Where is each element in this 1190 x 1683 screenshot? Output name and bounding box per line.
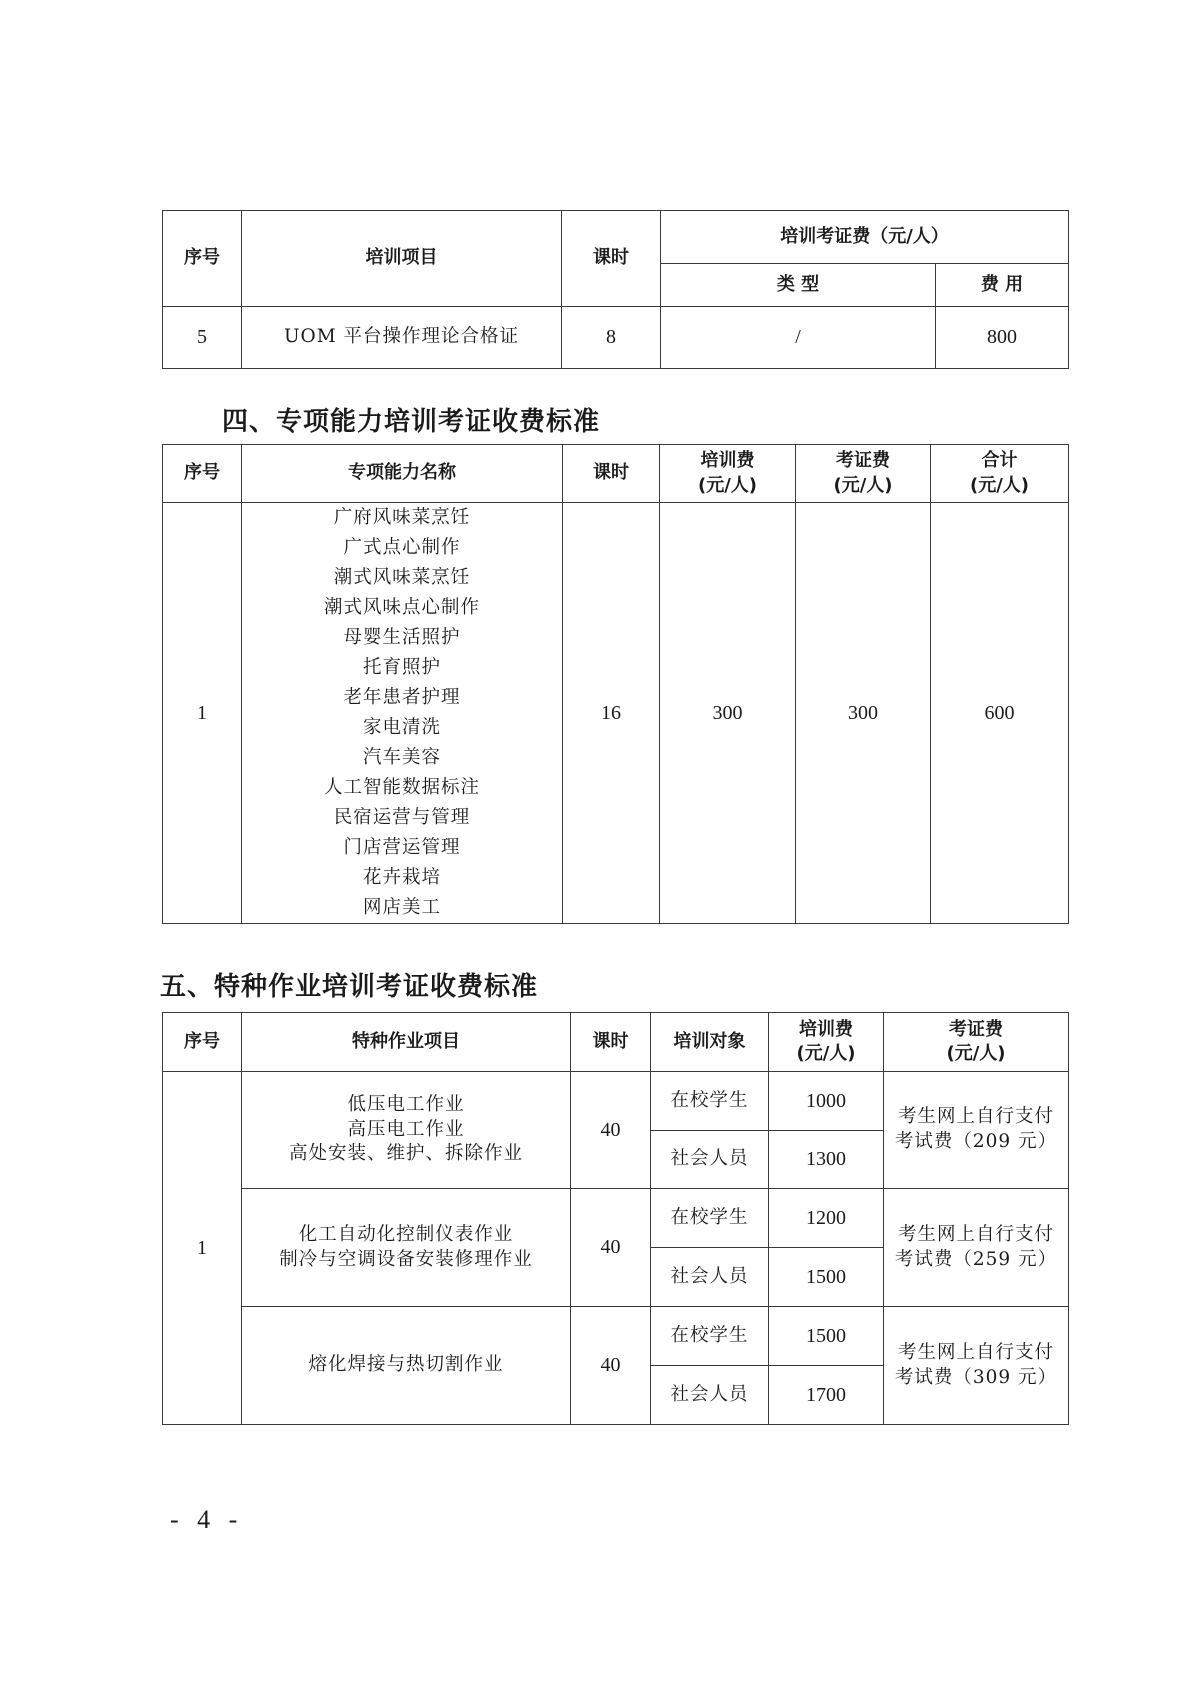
cell-target: 社会人员 bbox=[651, 1366, 769, 1425]
header-seq: 序号 bbox=[163, 211, 242, 307]
operation-item: 高处安装、维护、拆除作业 bbox=[242, 1142, 570, 1167]
header-total-unit: (元/人) bbox=[931, 474, 1068, 498]
table-row: 5 UOM 平台操作理论合格证 8 / 800 bbox=[163, 307, 1069, 369]
specialty-name: 汽车美容 bbox=[242, 743, 562, 773]
header-cert-fee-unit: (元/人) bbox=[796, 474, 930, 498]
cell-items: 化工自动化控制仪表作业 制冷与空调设备安装修理作业 bbox=[242, 1189, 571, 1307]
cell-target: 社会人员 bbox=[651, 1131, 769, 1189]
specialty-name: 民宿运营与管理 bbox=[242, 803, 562, 833]
table-row: 1 广府风味菜烹饪 广式点心制作 潮式风味菜烹饪 潮式风味点心制作 母婴生活照护… bbox=[163, 503, 1069, 924]
cell-target: 在校学生 bbox=[651, 1189, 769, 1248]
cell-items: 低压电工作业 高压电工作业 高处安装、维护、拆除作业 bbox=[242, 1072, 571, 1189]
specialty-name: 家电清洗 bbox=[242, 713, 562, 743]
specialty-name: 老年患者护理 bbox=[242, 683, 562, 713]
cell-training-fee: 1300 bbox=[769, 1131, 884, 1189]
header-type: 类 型 bbox=[661, 264, 936, 307]
header-fee: 费 用 bbox=[936, 264, 1069, 307]
table-row: 1 低压电工作业 高压电工作业 高处安装、维护、拆除作业 40 在校学生 100… bbox=[163, 1072, 1069, 1131]
cert-fee-line1: 考生网上自行支付 bbox=[884, 1223, 1068, 1248]
operation-item: 低压电工作业 bbox=[242, 1093, 570, 1118]
cell-training-fee: 1500 bbox=[769, 1248, 884, 1307]
header-cert-fee: 考证费 (元/人) bbox=[796, 445, 931, 503]
header-hours: 课时 bbox=[563, 445, 660, 503]
specialty-name: 花卉栽培 bbox=[242, 863, 562, 893]
cell-hours: 40 bbox=[571, 1307, 651, 1425]
operation-item: 熔化焊接与热切割作业 bbox=[242, 1353, 570, 1378]
cell-training-fee: 300 bbox=[660, 503, 796, 924]
header-training-fee: 培训费 (元/人) bbox=[660, 445, 796, 503]
specialty-name: 广府风味菜烹饪 bbox=[242, 503, 562, 533]
cell-training-fee: 1500 bbox=[769, 1307, 884, 1366]
cell-cert-fee: 考生网上自行支付 考试费（209 元） bbox=[884, 1072, 1069, 1189]
cert-fee-line1: 考生网上自行支付 bbox=[884, 1341, 1068, 1366]
cell-target: 社会人员 bbox=[651, 1248, 769, 1307]
operation-item: 高压电工作业 bbox=[242, 1118, 570, 1143]
specialty-name: 人工智能数据标注 bbox=[242, 773, 562, 803]
header-training-fee-unit: (元/人) bbox=[769, 1042, 883, 1066]
header-fee-group: 培训考证费（元/人） bbox=[661, 211, 1069, 264]
specialty-name: 母婴生活照护 bbox=[242, 623, 562, 653]
specialty-name: 门店营运管理 bbox=[242, 833, 562, 863]
header-cert-fee-label: 考证费 bbox=[884, 1018, 1068, 1042]
cert-fee-line2: 考试费（209 元） bbox=[884, 1130, 1068, 1155]
specialty-name: 潮式风味菜烹饪 bbox=[242, 563, 562, 593]
header-training-fee: 培训费 (元/人) bbox=[769, 1013, 884, 1072]
header-training-fee-label: 培训费 bbox=[769, 1018, 883, 1042]
operation-item: 化工自动化控制仪表作业 bbox=[242, 1223, 570, 1248]
cell-cert-fee: 考生网上自行支付 考试费（259 元） bbox=[884, 1189, 1069, 1307]
specialty-name: 托育照护 bbox=[242, 653, 562, 683]
cell-item: UOM 平台操作理论合格证 bbox=[242, 307, 562, 369]
cell-seq: 1 bbox=[163, 1072, 242, 1425]
cell-items: 熔化焊接与热切割作业 bbox=[242, 1307, 571, 1425]
header-cert-fee: 考证费 (元/人) bbox=[884, 1013, 1069, 1072]
header-item: 培训项目 bbox=[242, 211, 562, 307]
header-name: 专项能力名称 bbox=[242, 445, 563, 503]
header-cert-fee-unit: (元/人) bbox=[884, 1042, 1068, 1066]
cell-seq: 1 bbox=[163, 503, 242, 924]
operation-item: 制冷与空调设备安装修理作业 bbox=[242, 1248, 570, 1273]
specialty-name: 潮式风味点心制作 bbox=[242, 593, 562, 623]
header-seq: 序号 bbox=[163, 445, 242, 503]
header-cert-fee-label: 考证费 bbox=[796, 449, 930, 473]
section4-title: 四、专项能力培训考证收费标准 bbox=[222, 401, 600, 438]
cell-cert-fee: 考生网上自行支付 考试费（309 元） bbox=[884, 1307, 1069, 1425]
header-training-fee-unit: (元/人) bbox=[660, 474, 795, 498]
section5-title: 五、特种作业培训考证收费标准 bbox=[160, 966, 538, 1003]
cell-target: 在校学生 bbox=[651, 1072, 769, 1131]
table-row: 化工自动化控制仪表作业 制冷与空调设备安装修理作业 40 在校学生 1200 考… bbox=[163, 1189, 1069, 1248]
special-operations-fee-table: 序号 特种作业项目 课时 培训对象 培训费 (元/人) 考证费 (元/人) 1 … bbox=[162, 1012, 1069, 1425]
cert-fee-line2: 考试费（309 元） bbox=[884, 1366, 1068, 1391]
specialty-name: 网店美工 bbox=[242, 893, 562, 923]
cell-total: 600 bbox=[931, 503, 1069, 924]
cell-training-fee: 1000 bbox=[769, 1072, 884, 1131]
cell-hours: 8 bbox=[562, 307, 661, 369]
fee-table-continued: 序号 培训项目 课时 培训考证费（元/人） 类 型 费 用 5 UOM 平台操作… bbox=[162, 210, 1069, 369]
header-total: 合计 (元/人) bbox=[931, 445, 1069, 503]
specialty-name: 广式点心制作 bbox=[242, 533, 562, 563]
header-seq: 序号 bbox=[163, 1013, 242, 1072]
page-number: - 4 - bbox=[170, 1505, 243, 1535]
header-total-label: 合计 bbox=[931, 449, 1068, 473]
cell-cert-fee: 300 bbox=[796, 503, 931, 924]
header-item: 特种作业项目 bbox=[242, 1013, 571, 1072]
cell-seq: 5 bbox=[163, 307, 242, 369]
cell-type: / bbox=[661, 307, 936, 369]
cert-fee-line2: 考试费（259 元） bbox=[884, 1248, 1068, 1273]
cell-training-fee: 1700 bbox=[769, 1366, 884, 1425]
cell-training-fee: 1200 bbox=[769, 1189, 884, 1248]
specialty-fee-table: 序号 专项能力名称 课时 培训费 (元/人) 考证费 (元/人) 合计 (元/人… bbox=[162, 444, 1069, 924]
cell-fee: 800 bbox=[936, 307, 1069, 369]
cell-names: 广府风味菜烹饪 广式点心制作 潮式风味菜烹饪 潮式风味点心制作 母婴生活照护 托… bbox=[242, 503, 563, 924]
table-row: 熔化焊接与热切割作业 40 在校学生 1500 考生网上自行支付 考试费（309… bbox=[163, 1307, 1069, 1366]
header-hours: 课时 bbox=[562, 211, 661, 307]
cert-fee-line1: 考生网上自行支付 bbox=[884, 1105, 1068, 1130]
cell-hours: 40 bbox=[571, 1189, 651, 1307]
header-hours: 课时 bbox=[571, 1013, 651, 1072]
cell-hours: 16 bbox=[563, 503, 660, 924]
cell-hours: 40 bbox=[571, 1072, 651, 1189]
header-target: 培训对象 bbox=[651, 1013, 769, 1072]
header-training-fee-label: 培训费 bbox=[660, 449, 795, 473]
cell-target: 在校学生 bbox=[651, 1307, 769, 1366]
